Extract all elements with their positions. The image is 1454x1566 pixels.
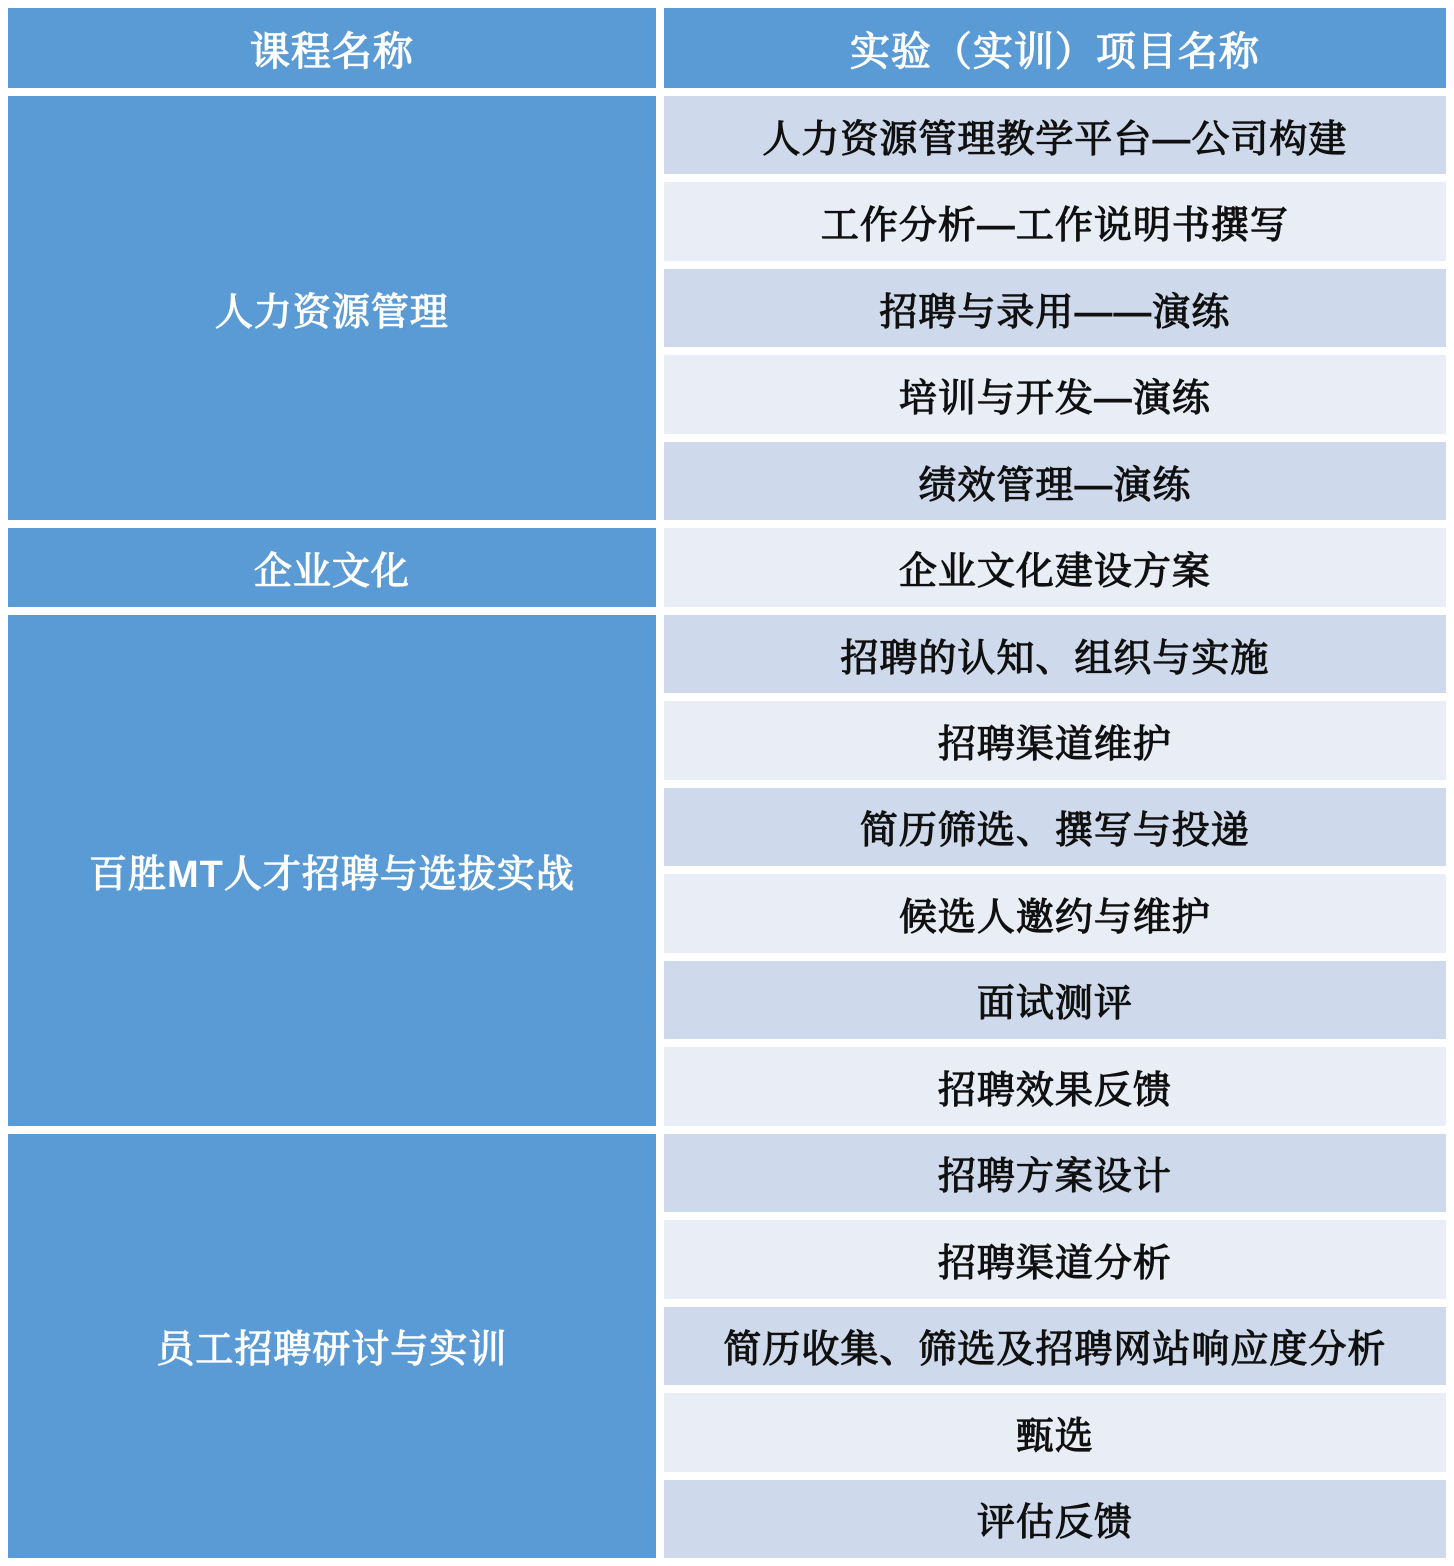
project-cell: 招聘与录用——演练 [664, 269, 1446, 347]
project-cell: 招聘的认知、组织与实施 [664, 615, 1446, 693]
table-row: 员工招聘研讨与实训招聘方案设计 [8, 1134, 1446, 1212]
table-body: 人力资源管理人力资源管理教学平台—公司构建工作分析—工作说明书撰写招聘与录用——… [8, 96, 1446, 1558]
course-cell: 人力资源管理 [8, 96, 656, 520]
project-cell: 招聘效果反馈 [664, 1047, 1446, 1125]
header-project-name: 实验（实训）项目名称 [664, 8, 1446, 88]
course-project-table: 课程名称 实验（实训）项目名称 人力资源管理人力资源管理教学平台—公司构建工作分… [0, 0, 1454, 1566]
table-row: 百胜MT人才招聘与选拔实战招聘的认知、组织与实施 [8, 615, 1446, 693]
project-cell: 候选人邀约与维护 [664, 874, 1446, 952]
course-cell: 百胜MT人才招聘与选拔实战 [8, 615, 656, 1126]
course-cell: 企业文化 [8, 528, 656, 606]
table-row: 企业文化企业文化建设方案 [8, 528, 1446, 606]
project-cell: 甄选 [664, 1393, 1446, 1471]
table-row: 人力资源管理人力资源管理教学平台—公司构建 [8, 96, 1446, 174]
project-cell: 培训与开发—演练 [664, 355, 1446, 433]
course-cell: 员工招聘研讨与实训 [8, 1134, 656, 1558]
project-cell: 招聘渠道维护 [664, 701, 1446, 779]
project-cell: 面试测评 [664, 961, 1446, 1039]
header-course-name: 课程名称 [8, 8, 656, 88]
project-cell: 企业文化建设方案 [664, 528, 1446, 606]
project-cell: 简历收集、筛选及招聘网站响应度分析 [664, 1307, 1446, 1385]
project-cell: 人力资源管理教学平台—公司构建 [664, 96, 1446, 174]
project-cell: 招聘方案设计 [664, 1134, 1446, 1212]
project-cell: 绩效管理—演练 [664, 442, 1446, 520]
header-row: 课程名称 实验（实训）项目名称 [8, 8, 1446, 88]
project-cell: 招聘渠道分析 [664, 1220, 1446, 1298]
project-cell: 工作分析—工作说明书撰写 [664, 182, 1446, 260]
project-cell: 评估反馈 [664, 1480, 1446, 1559]
project-cell: 简历筛选、撰写与投递 [664, 788, 1446, 866]
page: 课程名称 实验（实训）项目名称 人力资源管理人力资源管理教学平台—公司构建工作分… [0, 0, 1454, 1566]
table-header: 课程名称 实验（实训）项目名称 [8, 8, 1446, 88]
